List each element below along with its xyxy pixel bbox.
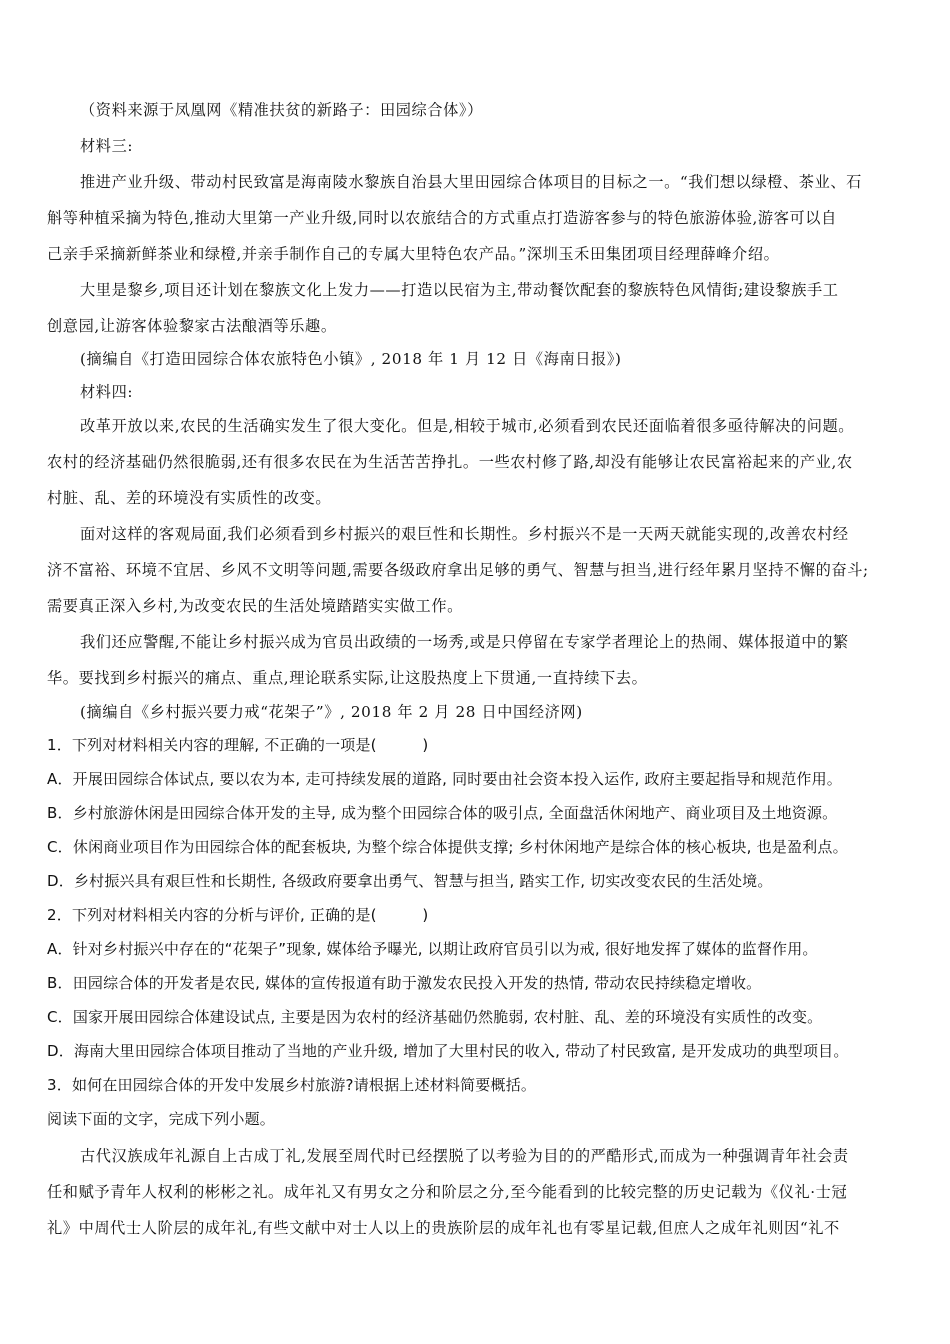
material4-paragraph2-line: 需要真正深入乡村,为改变农民的生活处境踏踏实实做工作。 (47, 596, 463, 616)
material4-paragraph1-line: 村脏、乱、差的环境没有实质性的改变。 (47, 488, 331, 508)
question-2-option-d: D．海南大里田园综合体项目推动了当地的产业升级, 增加了大里村民的收入, 带动了… (47, 1041, 849, 1061)
material4-paragraph3-line: 华。要找到乡村振兴的痛点、重点,理论联系实际,让这股热度上下贯通,一直持续下去。 (47, 668, 647, 688)
reading-paragraph-line: 任和赋予青年人权利的彬彬之礼。成年礼又有男女之分和阶层之分,至今能看到的比较完整… (47, 1182, 847, 1202)
material3-paragraph1-line: 己亲手采摘新鲜茶业和绿橙,并亲手制作自己的专属大里特色农产品。”深圳玉禾田集团项… (47, 244, 779, 264)
question-1-option-c: C．休闲商业项目作为田园综合体的配套板块, 为整个综合体提供支撑; 乡村休闲地产… (47, 837, 848, 857)
material3-paragraph2-line: 大里是黎乡,项目还计划在黎族文化上发力——打造以民宿为主,带动餐饮配套的黎族特色… (80, 280, 839, 300)
material4-paragraph1-line: 改革开放以来,农民的生活确实发生了很大变化。但是,相较于城市,必须看到农民还面临… (80, 416, 854, 436)
material4-paragraph3-line: 我们还应警醒,不能让乡村振兴成为官员出政绩的一场秀,或是只停留在专家学者理论上的… (80, 632, 849, 652)
question-2-stem: 2．下列对材料相关内容的分析与评价, 正确的是( ) (47, 905, 428, 925)
material3-heading: 材料三: (80, 136, 133, 156)
material4-source: (摘编自《乡村振兴要力戒“花架子”》, 2018 年 2 月 28 日中国经济网… (80, 702, 583, 722)
question-1-option-d: D．乡村振兴具有艰巨性和长期性, 各级政府要拿出勇气、智慧与担当, 踏实工作, … (47, 871, 773, 891)
question-1-option-b: B．乡村旅游休闲是田园综合体开发的主导, 成为整个田园综合体的吸引点, 全面盘活… (47, 803, 837, 823)
question-1-option-a: A．开展田园综合体试点, 要以农为本, 走可持续发展的道路, 同时要由社会资本投… (47, 769, 842, 789)
question-2-option-c: C．国家开展田园综合体建设试点, 主要是因为农村的经济基础仍然脆弱, 农村脏、乱… (47, 1007, 822, 1027)
material4-paragraph2-line: 济不富裕、环境不宜居、乡风不文明等问题,需要各级政府拿出足够的勇气、智慧与担当,… (47, 560, 869, 580)
question-1-stem: 1．下列对材料相关内容的理解, 不正确的一项是( ) (47, 735, 428, 755)
material4-heading: 材料四: (80, 382, 133, 402)
question-3-stem: 3．如何在田园综合体的开发中发展乡村旅游?请根据上述材料简要概括。 (47, 1075, 536, 1095)
material3-paragraph2-line: 创意园,让游客体验黎家古法酿酒等乐趣。 (47, 316, 337, 336)
reading-paragraph-line: 古代汉族成年礼源自上古成丁礼,发展至周代时已经摆脱了以考验为目的的严酷形式,而成… (80, 1146, 849, 1166)
reading-instruction: 阅读下面的文字，完成下列小题。 (47, 1109, 275, 1129)
material4-paragraph1-line: 农村的经济基础仍然很脆弱,还有很多农民在为生活苦苦挣扎。一些农村修了路,却没有能… (47, 452, 853, 472)
source-citation-1: （资料来源于凤凰网《精准扶贫的新路子：田园综合体》） (80, 100, 483, 120)
question-2-option-b: B．田园综合体的开发者是农民, 媒体的宣传报道有助于激发农民投入开发的热情, 带… (47, 973, 761, 993)
material3-paragraph1-line: 斛等种植采摘为特色,推动大里第一产业升级,同时以农旅结合的方式重点打造游客参与的… (47, 208, 837, 228)
material3-paragraph1-line: 推进产业升级、带动村民致富是海南陵水黎族自治县大里田园综合体项目的目标之一。“我… (80, 172, 862, 192)
reading-paragraph-line: 礼》中周代士人阶层的成年礼,有些文献中对士人以上的贵族阶层的成年礼也有零星记载,… (47, 1218, 840, 1238)
question-2-option-a: A．针对乡村振兴中存在的“花架子”现象, 媒体给予曝光, 以期让政府官员引以为戒… (47, 939, 818, 959)
material3-source: (摘编自《打造田园综合体农旅特色小镇》, 2018 年 1 月 12 日《海南日… (80, 349, 622, 369)
material4-paragraph2-line: 面对这样的客观局面,我们必须看到乡村振兴的艰巨性和长期性。乡村振兴不是一天两天就… (80, 524, 849, 544)
